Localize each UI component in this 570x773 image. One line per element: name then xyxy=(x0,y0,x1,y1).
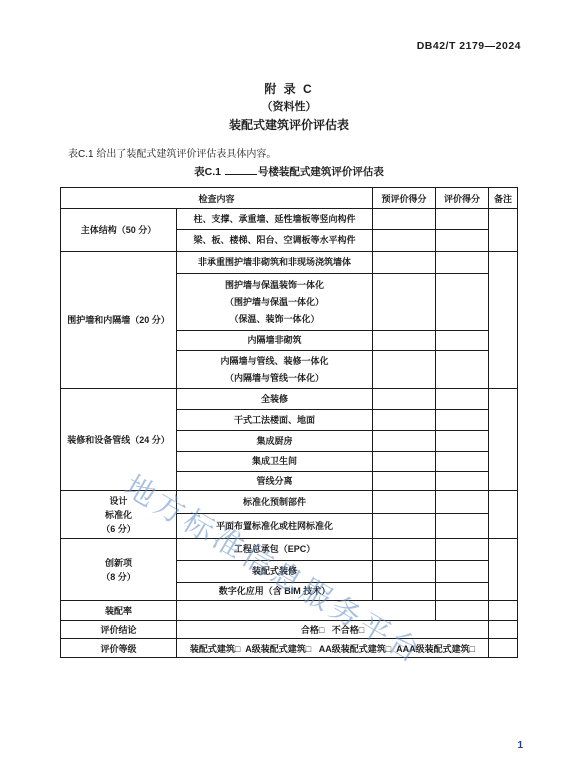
caption-prefix: 表C.1 xyxy=(194,166,224,178)
standard-code: DB42/T 2179—2024 xyxy=(417,40,521,52)
item-cell: 数字化应用（含 BIM 技术） xyxy=(177,583,373,601)
pre-score-cell xyxy=(373,351,436,389)
pre-score-cell xyxy=(373,209,436,230)
remark-cell xyxy=(489,252,518,389)
score-cell xyxy=(436,472,489,491)
col-header-score: 评价得分 xyxy=(436,188,489,209)
assembly-rate-row: 装配率 xyxy=(61,601,518,621)
intro-paragraph: 表C.1 给出了装配式建筑评价评估表具体内容。 xyxy=(68,145,276,160)
score-cell xyxy=(436,452,489,472)
grade-label: 评价等级 xyxy=(61,639,177,658)
table-header-row: 检查内容 预评价得分 评价得分 备注 xyxy=(61,188,518,209)
remark-cell xyxy=(489,539,518,601)
remark-cell xyxy=(489,209,518,252)
score-cell xyxy=(436,601,489,621)
item-cell: 全装修 xyxy=(177,389,373,410)
item-cell: 工程总承包（EPC） xyxy=(177,539,373,561)
remark-cell xyxy=(489,621,518,639)
category-innovation: 创新项 （8 分） xyxy=(61,539,177,601)
assembly-rate-label: 装配率 xyxy=(61,601,177,621)
item-cell: 干式工法楼面、地面 xyxy=(177,410,373,431)
score-cell xyxy=(436,274,489,331)
pre-score-cell xyxy=(373,583,436,601)
item-cell: 围护墙与保温装饰一体化 （围护墙与保温一体化） （保温、装饰一体化） xyxy=(177,274,373,331)
col-header-inspection: 检查内容 xyxy=(61,188,373,209)
pre-score-cell xyxy=(373,331,436,351)
pre-score-cell xyxy=(373,274,436,331)
grade-row: 评价等级 装配式建筑□ A级装配式建筑□ AA级装配式建筑□ AAA级装配式建筑… xyxy=(61,639,518,658)
col-header-pre-score: 预评价得分 xyxy=(373,188,436,209)
grade-options: 装配式建筑□ A级装配式建筑□ AA级装配式建筑□ AAA级装配式建筑□ xyxy=(177,639,489,658)
score-cell xyxy=(436,331,489,351)
item-cell: 内隔墙非砌筑 xyxy=(177,331,373,351)
score-cell xyxy=(436,539,489,561)
conclusion-options: 合格□ 不合格□ xyxy=(177,621,489,639)
pre-score-cell xyxy=(373,452,436,472)
pre-score-cell xyxy=(373,389,436,410)
table-row: 创新项 （8 分） 工程总承包（EPC） xyxy=(61,539,518,561)
appendix-label: 附 录 C xyxy=(60,80,518,98)
item-cell: 管线分离 xyxy=(177,472,373,491)
item-cell: 内隔墙与管线、装修一体化 （内隔墙与管线一体化） xyxy=(177,351,373,389)
score-cell xyxy=(436,583,489,601)
informative-label: （资料性） xyxy=(60,98,518,116)
category-main-structure: 主体结构（50 分） xyxy=(61,209,177,252)
assembly-rate-value-cell xyxy=(177,601,436,621)
score-cell xyxy=(436,514,489,539)
category-envelope-walls: 围护墙和内隔墙（20 分） xyxy=(61,252,177,389)
pre-score-cell xyxy=(373,539,436,561)
item-cell: 非承重围护墙非砌筑和非现场浇筑墙体 xyxy=(177,252,373,274)
pre-score-cell xyxy=(373,410,436,431)
appendix-title: 装配式建筑评价评估表 xyxy=(60,116,518,135)
score-cell xyxy=(436,351,489,389)
table-row: 围护墙和内隔墙（20 分） 非承重围护墙非砌筑和非现场浇筑墙体 xyxy=(61,252,518,274)
remark-cell xyxy=(489,491,518,539)
score-cell xyxy=(436,252,489,274)
table-caption: 表C.1 号楼装配式建筑评价评估表 xyxy=(60,164,518,179)
col-header-remark: 备注 xyxy=(489,188,518,209)
table-row: 装修和设备管线（24 分） 全装修 xyxy=(61,389,518,410)
score-cell xyxy=(436,209,489,230)
remark-cell xyxy=(489,601,518,621)
pre-score-cell xyxy=(373,561,436,583)
category-decoration-pipelines: 装修和设备管线（24 分） xyxy=(61,389,177,491)
pre-score-cell xyxy=(373,491,436,514)
item-cell: 梁、板、楼梯、阳台、空调板等水平构件 xyxy=(177,230,373,252)
document-page: DB42/T 2179—2024 附 录 C （资料性） 装配式建筑评价评估表 … xyxy=(0,0,570,773)
caption-suffix: 号楼装配式建筑评价评估表 xyxy=(258,166,384,178)
page-number: 1 xyxy=(517,740,523,751)
score-cell xyxy=(436,230,489,252)
score-cell xyxy=(436,561,489,583)
item-cell: 标准化预制部件 xyxy=(177,491,373,514)
item-cell: 柱、支撑、承重墙、延性墙板等竖向构件 xyxy=(177,209,373,230)
appendix-heading-block: 附 录 C （资料性） 装配式建筑评价评估表 xyxy=(60,80,518,135)
table-row: 主体结构（50 分） 柱、支撑、承重墙、延性墙板等竖向构件 xyxy=(61,209,518,230)
score-cell xyxy=(436,389,489,410)
category-design-standardization: 设计 标准化 （6 分） xyxy=(61,491,177,539)
item-cell: 集成厨房 xyxy=(177,431,373,452)
conclusion-label: 评价结论 xyxy=(61,621,177,639)
score-cell xyxy=(436,431,489,452)
caption-blank-line xyxy=(225,164,257,175)
pre-score-cell xyxy=(373,431,436,452)
pre-score-cell xyxy=(373,230,436,252)
score-cell xyxy=(436,410,489,431)
pre-score-cell xyxy=(373,514,436,539)
remark-cell xyxy=(489,639,518,658)
conclusion-row: 评价结论 合格□ 不合格□ xyxy=(61,621,518,639)
pre-score-cell xyxy=(373,252,436,274)
item-cell: 平面布置标准化或柱网标准化 xyxy=(177,514,373,539)
evaluation-table: 检查内容 预评价得分 评价得分 备注 主体结构（50 分） 柱、支撑、承重墙、延… xyxy=(60,187,518,658)
pre-score-cell xyxy=(373,472,436,491)
table-row: 设计 标准化 （6 分） 标准化预制部件 xyxy=(61,491,518,514)
score-cell xyxy=(436,491,489,514)
remark-cell xyxy=(489,389,518,491)
item-cell: 集成卫生间 xyxy=(177,452,373,472)
item-cell: 装配式装修 xyxy=(177,561,373,583)
